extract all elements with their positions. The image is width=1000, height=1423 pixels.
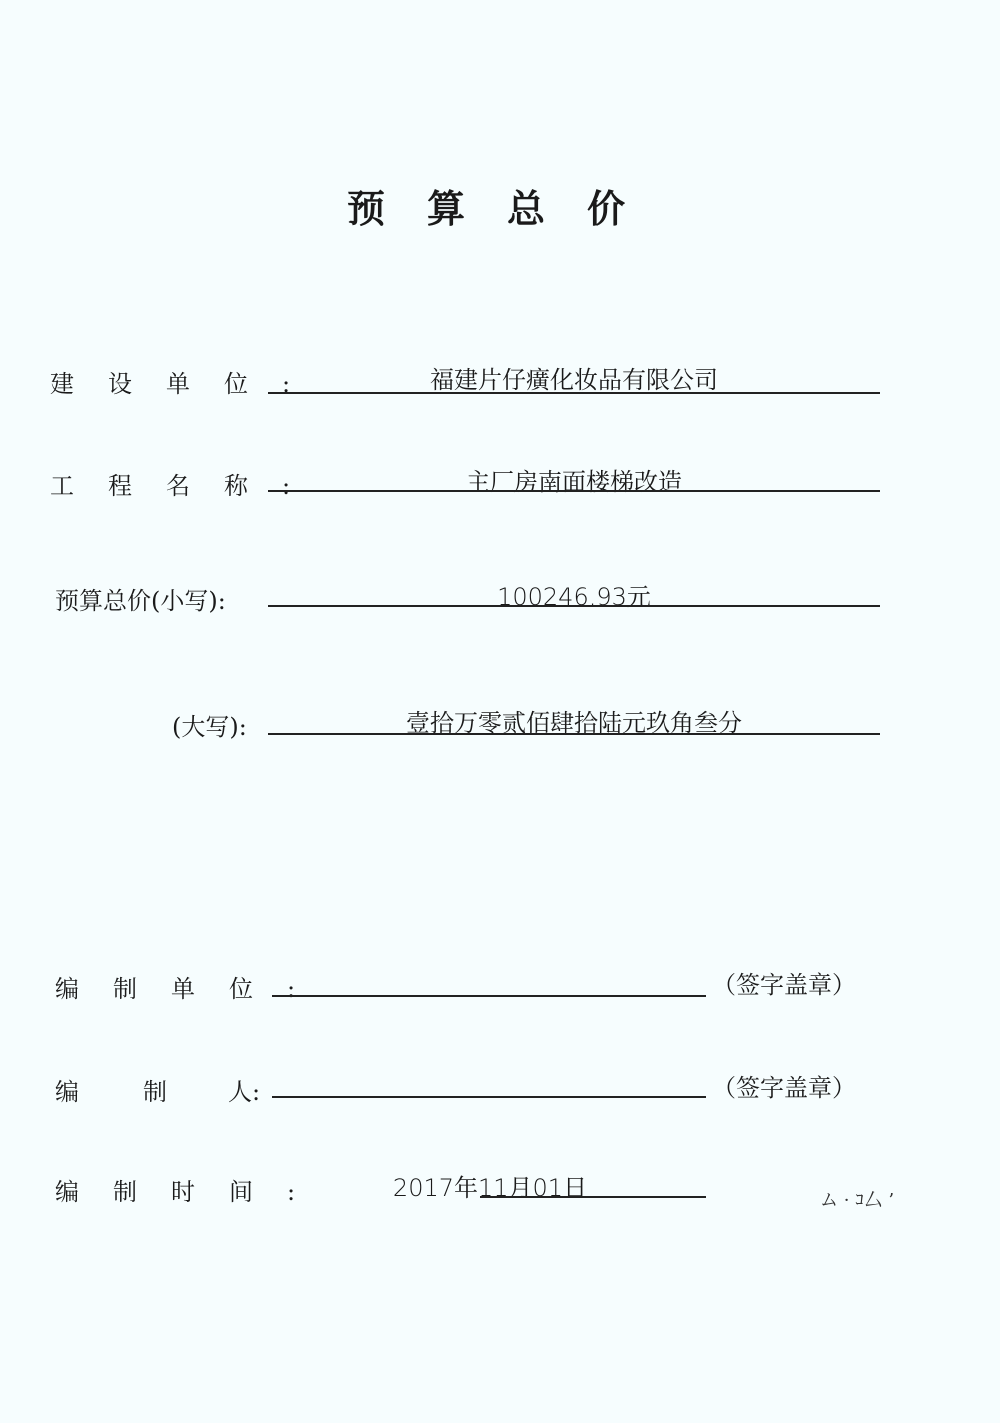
stray-pen-marks: ム · ｺ厶 ʼ (820, 1186, 894, 1212)
compile-time-row: 编制时间: 2017年11月01日 ム · ｺ厶 ʼ (0, 1168, 1000, 1228)
total-upper-underline (268, 733, 880, 735)
compile-time-label: 编制时间: (55, 1172, 329, 1207)
compiler-label-1: 编 (55, 1072, 79, 1107)
total-upper-label: (大写): (172, 707, 247, 742)
compiler-label-3: 人: (228, 1072, 260, 1107)
compiler-row: 编 制 人: （签字盖章） (0, 1068, 1000, 1128)
construction-unit-underline (268, 392, 880, 394)
compiler-sign-note: （签字盖章） (712, 1068, 856, 1103)
compile-time-underline (480, 1196, 706, 1198)
project-name-underline (268, 490, 880, 492)
compile-unit-sign-note: （签字盖章） (712, 965, 856, 1000)
compile-unit-label: 编制单位: (55, 969, 329, 1004)
compile-unit-row: 编制单位: （签字盖章） (0, 965, 1000, 1025)
document-title: 预算总价 (0, 178, 972, 233)
project-name-row: 工程名称: 主厂房南面楼梯改造 (0, 462, 1000, 522)
total-lower-row: 预算总价(小写): 100246.93元 (0, 577, 1000, 637)
compiler-label-2: 制 (143, 1072, 167, 1107)
total-upper-row: (大写): 壹拾万零贰佰肆拾陆元玖角叁分 (0, 703, 1000, 763)
total-lower-underline (268, 605, 880, 607)
construction-unit-value: 福建片仔癀化妆品有限公司 (268, 360, 880, 395)
total-lower-label: 预算总价(小写): (55, 581, 226, 616)
compiler-underline (272, 1096, 706, 1098)
construction-unit-row: 建设单位: 福建片仔癀化妆品有限公司 (0, 360, 1000, 420)
compile-unit-underline (272, 995, 706, 997)
